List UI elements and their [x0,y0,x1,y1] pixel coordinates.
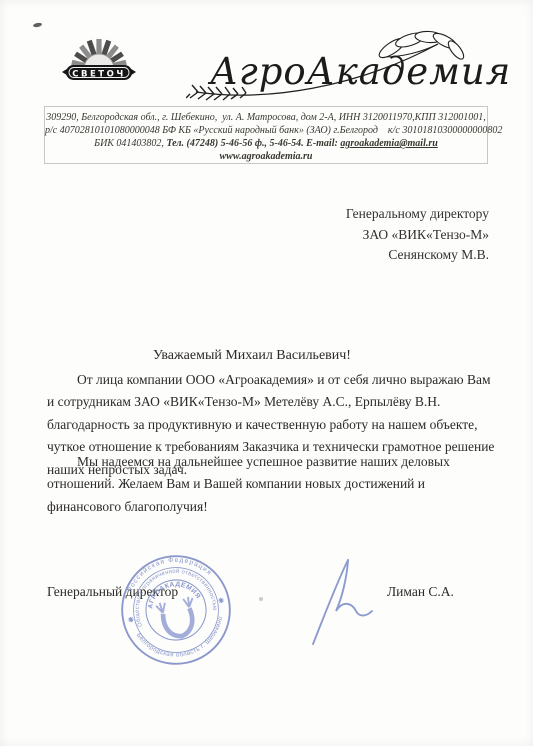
recipient-block: Генеральному директору ЗАО «ВИК«Тензо-М»… [346,204,489,266]
letterhead-bik: БИК 041403802, [94,138,166,149]
letterhead-box: 309290, Белгородская обл., г. Шебекино, … [44,106,488,164]
body-paragraph-2: Мы надеемся на дальнейшее успешное разви… [47,451,499,518]
recipient-position: Генеральному директору [346,204,489,225]
letterhead-line-2: р/с 40702810101080000048 БФ КБ «Русский … [45,124,487,137]
signer-name: Лиман С.А. [387,584,454,600]
letterhead-line-1: 309290, Белгородская обл., г. Шебекино, … [45,111,487,124]
brand-title: АгроАкадемия [210,50,500,93]
letterhead-website: www.agroakademia.ru [45,150,487,163]
stamp-star-icon [128,597,224,622]
scan-artifact [33,22,43,28]
salutation: Уважаемый Михаил Васильевич! [47,348,457,364]
svetoch-logo-icon: СВЕТОЧ [60,36,138,92]
recipient-company: ЗАО «ВИК«Тензо-М» [346,225,489,246]
logo-banner-label: СВЕТОЧ [72,70,125,80]
letterhead-phone: Тел. (47248) 5-46-56 ф., 5-46-54. E-mail… [166,138,340,149]
company-stamp: Российская Федерация Белгородская област… [106,540,246,680]
letterhead-line-3: БИК 041403802, Тел. (47248) 5-46-56 ф., … [45,137,487,150]
scan-dot-artifact [259,597,263,601]
letterhead-email: agroakademia@mail.ru [340,138,438,149]
recipient-person: Сенянскому М.В. [346,245,489,266]
scanned-letter-page: СВЕТОЧ [0,0,533,746]
round-stamp-icon: Российская Федерация Белгородская област… [106,540,246,680]
handwritten-signature-icon [306,555,384,649]
